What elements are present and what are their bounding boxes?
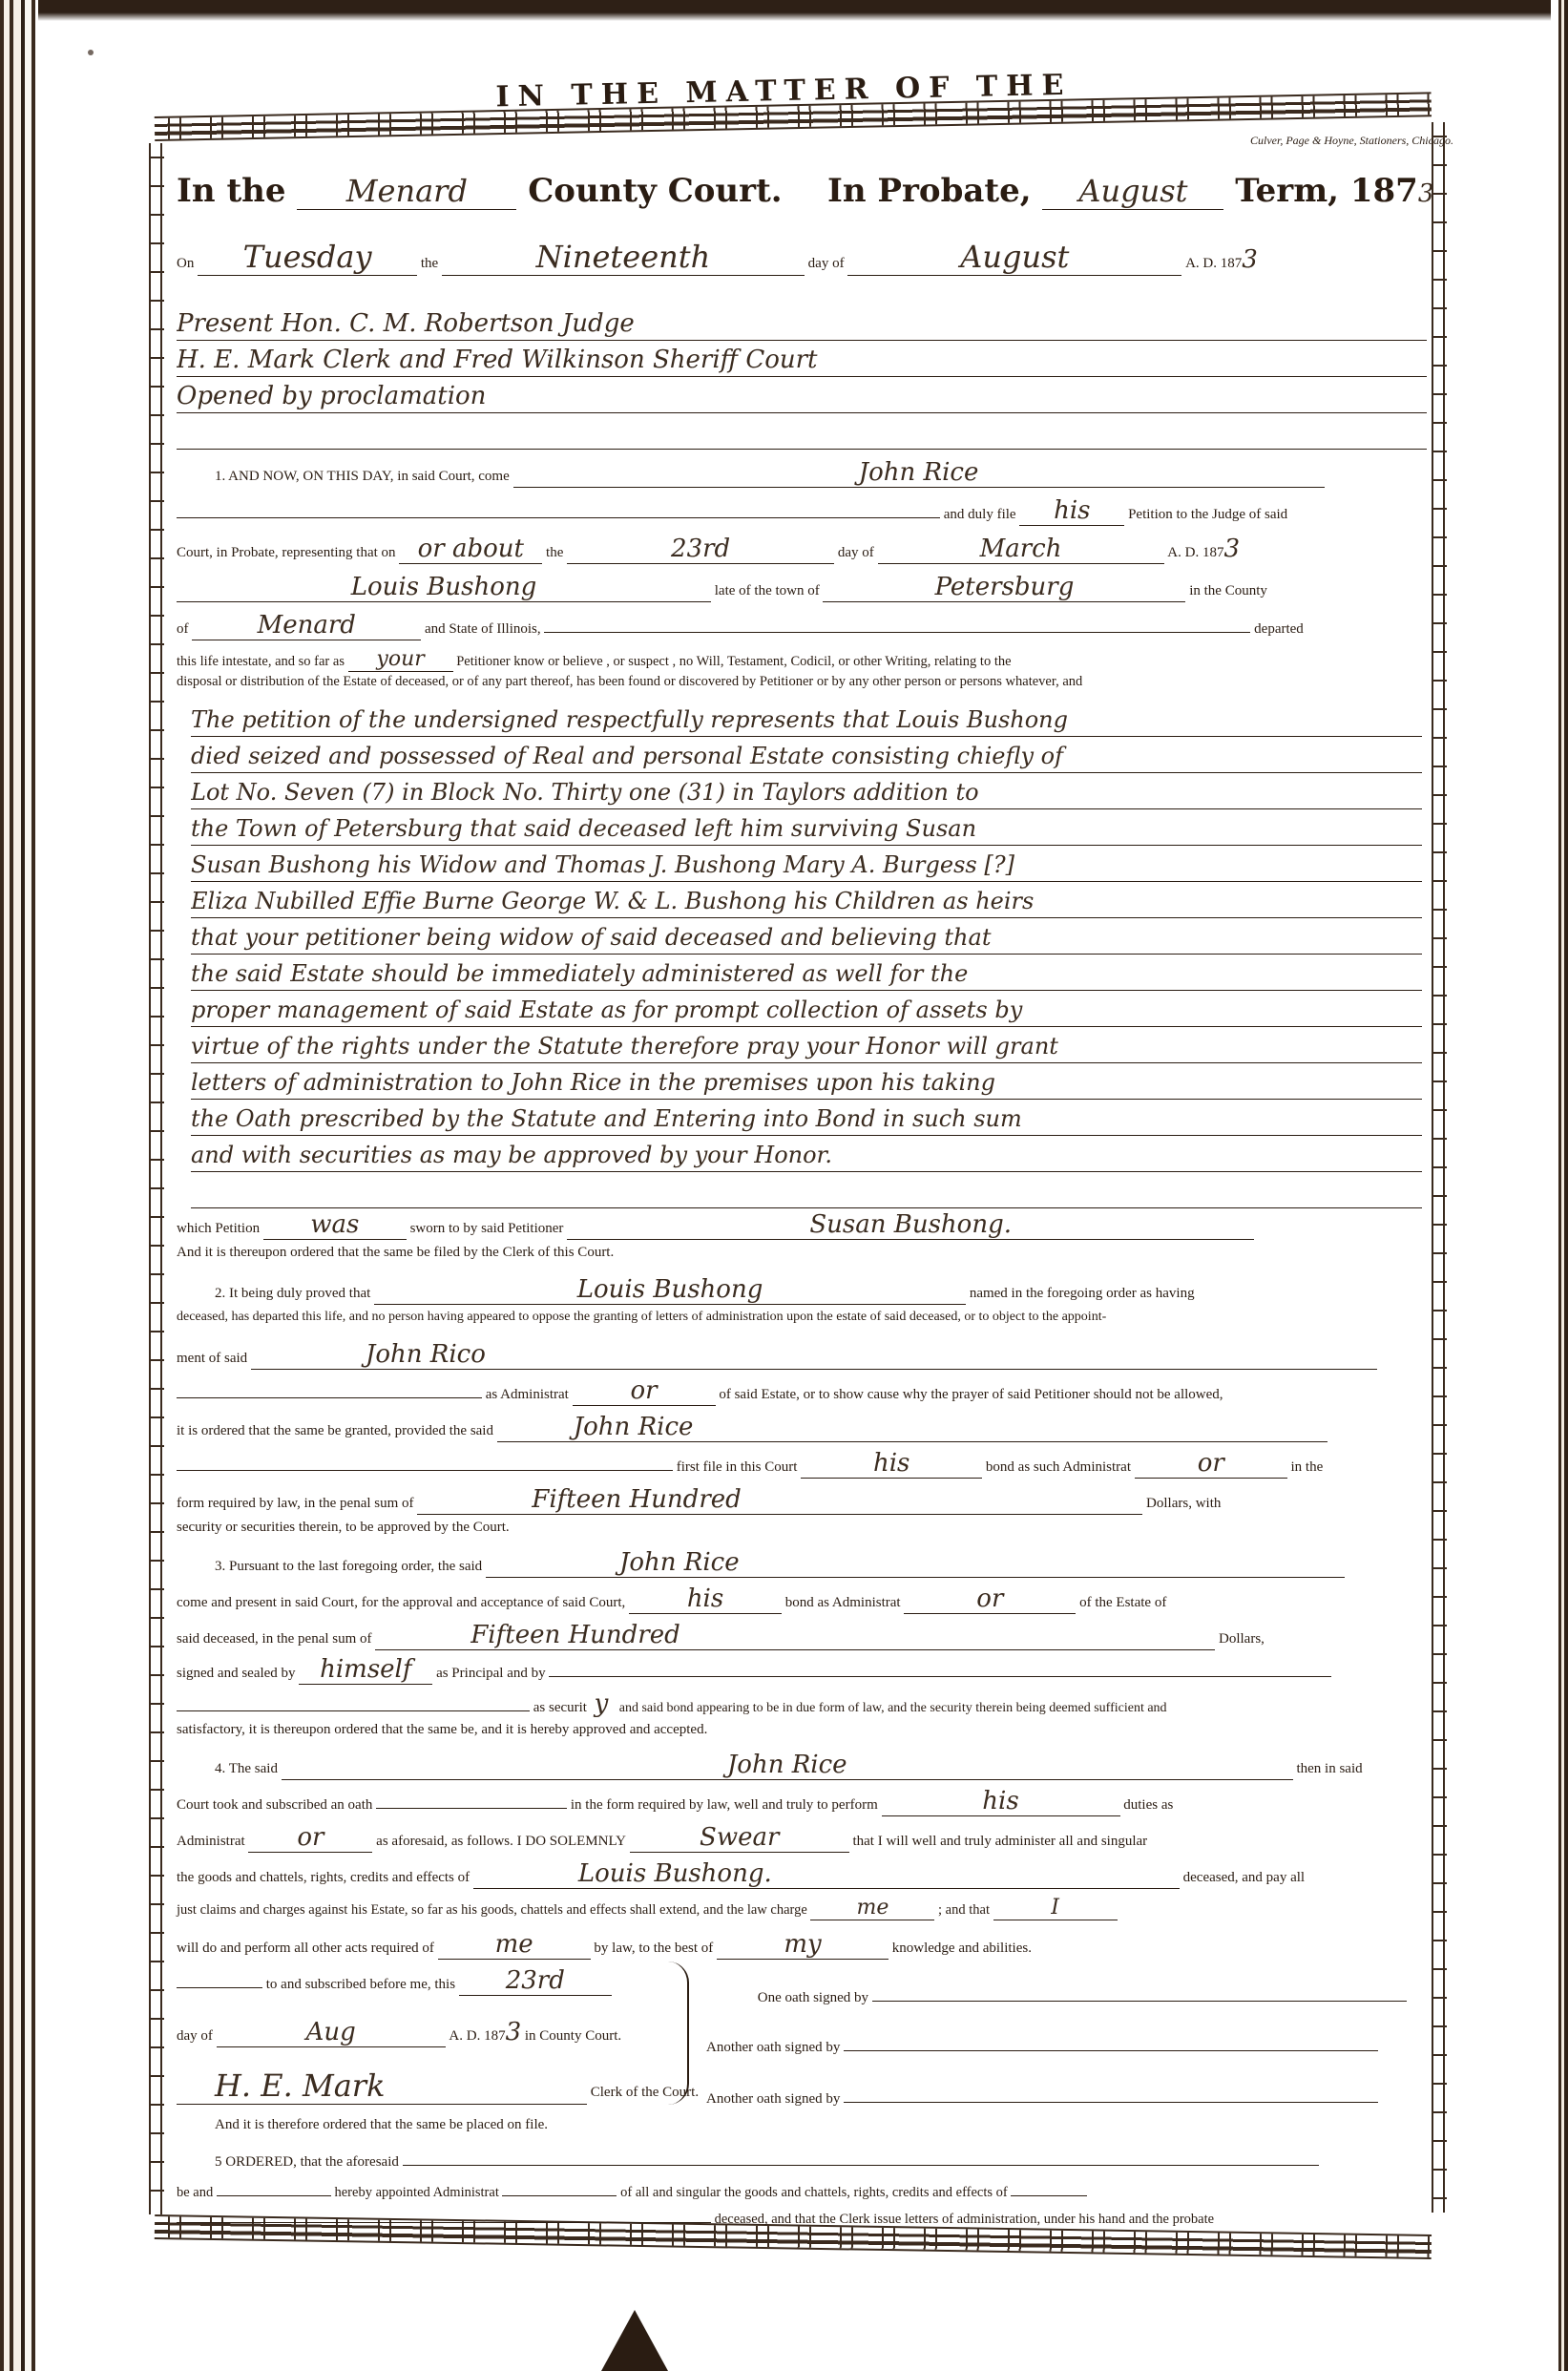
session-month: August	[847, 239, 1181, 276]
petition-line-4: the Town of Petersburg that said decease…	[191, 810, 1422, 846]
as-security-label: as securit	[533, 1700, 587, 1716]
blank	[376, 1791, 567, 1809]
town-name: Petersburg	[823, 573, 1185, 602]
will-administer-label: that I will well and truly administer al…	[852, 1834, 1147, 1850]
blank	[502, 2178, 617, 2196]
section1-intestate-row: this life intestate, and so far as your …	[177, 647, 1427, 672]
dollars-with-label: Dollars, with	[1146, 1496, 1221, 1512]
section1-county-row: of Menard and State of Illinois, departe…	[177, 611, 1427, 640]
bond-admin-label: bond as Administrat	[785, 1595, 901, 1611]
on-label: On	[177, 256, 194, 272]
present-line-3: Opened by proclamation	[177, 378, 1427, 413]
session-year-digit: 3	[1242, 245, 1258, 274]
jurat-month: Aug	[217, 2018, 446, 2047]
death-month: March	[878, 535, 1164, 564]
section4-admin-suffix: or	[248, 1823, 372, 1853]
intestate-text: this life intestate, and so far as	[177, 654, 345, 670]
sworn-row: which Petition was sworn to by said Peti…	[177, 1210, 1427, 1240]
proved-label: 2. It being duly proved that	[215, 1286, 370, 1302]
administrat-suffix: or	[573, 1376, 716, 1406]
signer: himself	[299, 1655, 432, 1685]
sworn-value: was	[263, 1210, 407, 1240]
section4-perform-row: will do and perform all other acts requi…	[177, 1930, 1427, 1960]
section1-file-row: and duly file his Petition to the Judge …	[177, 496, 1427, 526]
of-label: of	[177, 621, 189, 638]
as-administrat-label: as Administrat	[486, 1387, 569, 1403]
petition-line-8: the said Estate should be immediately ad…	[191, 955, 1422, 991]
security-suffix: y	[587, 1689, 616, 1718]
blank	[177, 500, 940, 518]
in-county-court-label: in County Court.	[525, 2028, 621, 2045]
title-in-the: In the	[177, 172, 286, 210]
oath-signature-field-1[interactable]	[872, 1983, 1407, 2002]
section1-date-row: Court, in Probate, representing that on …	[177, 535, 1427, 564]
petition-line-7: that your petitioner being widow of said…	[191, 919, 1422, 955]
section2-departed-row: deceased, has departed this life, and no…	[177, 1310, 1427, 1325]
provided-name: John Rice	[497, 1413, 1328, 1442]
section2-deceased: Louis Bushong	[374, 1275, 966, 1305]
section3-name: John Rice	[486, 1548, 1345, 1578]
oath-signed-row-3: Another oath signed by	[706, 2085, 1432, 2108]
section3-come-row: come and present in said Court, for the …	[177, 1584, 1427, 1614]
deceased-clerk-label: deceased, and that the Clerk issue lette…	[715, 2212, 1214, 2228]
the-said-label: 4. The said	[215, 1761, 278, 1777]
solemnly-value: Swear	[630, 1823, 849, 1853]
session-weekday: Tuesday	[198, 239, 417, 276]
ornamental-border-right	[1432, 122, 1447, 2213]
appearing-label: and said bond appearing to be in due for…	[619, 1701, 1167, 1716]
petition-line-1: The petition of the undersigned respectf…	[191, 702, 1422, 737]
of-estate-label: of the Estate of	[1079, 1595, 1166, 1611]
administrat-label: Administrat	[177, 1834, 245, 1850]
ornamental-border-left	[149, 143, 164, 2214]
blank	[1011, 2178, 1087, 2196]
section4-said-row: 4. The said John Rice then in said	[215, 1751, 1465, 1780]
duly-file-label: and duly file	[944, 507, 1016, 523]
ment-of-said-label: ment of said	[177, 1351, 247, 1367]
petition-line-12: the Oath prescribed by the Statute and E…	[191, 1101, 1422, 1136]
section3-pursuant-row: 3. Pursuant to the last foregoing order,…	[215, 1548, 1465, 1578]
claims-label: just claims and charges against his Esta…	[177, 1902, 807, 1919]
petition-line-3: Lot No. Seven (7) in Block No. Thirty on…	[191, 774, 1422, 809]
page-top-shadow	[0, 0, 1568, 21]
petition-line-blank	[191, 1173, 1422, 1208]
deceased-name: Louis Bushong	[177, 573, 711, 602]
blank	[549, 1659, 1331, 1677]
section2-ment-row: ment of said John Rico	[177, 1340, 1427, 1370]
section2-proved-row: 2. It being duly proved that Louis Busho…	[215, 1275, 1465, 1305]
day-of-label: day of	[177, 2028, 213, 2045]
blank	[177, 1380, 482, 1398]
court-in-probate-label: Court, in Probate, representing that on	[177, 545, 396, 561]
ad-label: A. D. 187	[1167, 545, 1223, 561]
jurat-day: 23rd	[459, 1966, 612, 1996]
section5-deceased-row: deceased, and that the Clerk issue lette…	[177, 2205, 1427, 2228]
day-of-label: day of	[808, 256, 845, 272]
term-month: August	[1042, 173, 1223, 210]
then-in-said-label: then in said	[1296, 1761, 1362, 1777]
oath-signed-label-1: One oath signed by	[725, 1990, 868, 2006]
stationer-imprint: Culver, Page & Hoyne, Stationers, Chicag…	[1250, 134, 1453, 148]
section1-intro: 1. AND NOW, ON THIS DAY, in said Court, …	[215, 469, 510, 485]
section3-pronoun: his	[629, 1584, 782, 1614]
section2-pronoun: his	[801, 1449, 982, 1479]
petitioner-pronoun: his	[1019, 496, 1124, 526]
security-row: security or securities therein, to be ap…	[177, 1520, 1427, 1536]
court-title: In the Menard County Court. In Probate, …	[177, 172, 1427, 210]
section1-deceased-row: Louis Bushong late of the town of Peters…	[177, 573, 1427, 602]
section4-oath-row: Court took and subscribed an oath in the…	[177, 1787, 1427, 1816]
blank-line	[177, 414, 1427, 450]
petition-line-2: died seized and possessed of Real and pe…	[191, 738, 1422, 773]
jurat-subscribed-row: to and subscribed before me, this 23rd	[177, 1966, 673, 1996]
clerk-signature: H. E. Mark	[177, 2067, 587, 2105]
session-date-row: On Tuesday the Nineteenth day of August …	[177, 239, 1427, 276]
petition-line-5: Susan Bushong his Widow and Thomas J. Bu…	[191, 847, 1422, 882]
county-name: Menard	[297, 173, 516, 210]
page-fold-shadow	[601, 2310, 668, 2371]
section4-name: John Rice	[282, 1751, 1293, 1780]
blank	[177, 2205, 711, 2223]
so-far-as-value: your	[348, 647, 453, 672]
jurat-date-row: day of Aug A. D. 1873 in County Court.	[177, 2018, 711, 2047]
section4-pronoun: his	[882, 1787, 1120, 1816]
section3-penal-row: said deceased, in the penal sum of Fifte…	[177, 1621, 1427, 1650]
the-label: the	[421, 256, 438, 272]
oath-signature-field-2[interactable]	[844, 2033, 1378, 2051]
as-aforesaid-label: as aforesaid, as follows. I DO SOLEMNLY	[376, 1834, 626, 1850]
in-form-label: in the form required by law, well and tr…	[571, 1797, 878, 1814]
day-of-label: day of	[838, 545, 874, 561]
title-county-court: County Court.	[528, 172, 782, 210]
book-binding-left	[0, 0, 38, 2371]
court-took-label: Court took and subscribed an oath	[177, 1797, 372, 1814]
perform-label: will do and perform all other acts requi…	[177, 1941, 434, 1957]
petition-to-judge: Petition to the Judge of said	[1128, 507, 1287, 523]
oath-signed-label-2: Another oath signed by	[706, 2040, 840, 2056]
section2-admin-row: as Administrat or of said Estate, or to …	[177, 1376, 1427, 1406]
sworn-label: sworn to by said Petitioner	[410, 1221, 564, 1237]
show-cause-label: of said Estate, or to show cause why the…	[719, 1387, 1223, 1403]
title-term: Term, 187	[1235, 172, 1418, 210]
section1-intro-row: 1. AND NOW, ON THIS DAY, in said Court, …	[215, 458, 1465, 488]
bond-suffix: or	[1135, 1449, 1287, 1479]
signed-sealed-label: signed and sealed by	[177, 1666, 296, 1682]
subscribed-label: to and subscribed before me, this	[266, 1977, 455, 1993]
of-all-label: of all and singular the goods and chatte…	[620, 2185, 1008, 2201]
oath-signed-row-2: Another oath signed by	[706, 2033, 1432, 2056]
section2-penal-sum: Fifteen Hundred	[417, 1485, 1142, 1515]
jurat-year-digit: 3	[506, 2018, 522, 2046]
ordered-label: it is ordered that the same be granted, …	[177, 1423, 493, 1439]
and-that-value: I	[993, 1896, 1118, 1920]
jurat-brace	[668, 1962, 689, 2105]
ad-label: A. D. 187	[1185, 256, 1242, 272]
term-year-digit: 3	[1418, 179, 1434, 208]
duties-as-label: duties as	[1123, 1797, 1173, 1814]
ad-label: A. D. 187	[449, 2028, 505, 2045]
section2-penal-row: form required by law, in the penal sum o…	[177, 1485, 1427, 1515]
come-present-label: come and present in said Court, for the …	[177, 1595, 625, 1611]
section2-bond-row: first file in this Court his bond as suc…	[177, 1449, 1427, 1479]
and-that-label: ; and that	[938, 1902, 990, 1919]
oath-signature-field-3[interactable]	[844, 2085, 1378, 2103]
petition-line-6: Eliza Nubilled Effie Burne George W. & L…	[191, 883, 1422, 918]
blank	[403, 2148, 1319, 2166]
which-petition-label: which Petition	[177, 1221, 260, 1237]
section4-goods-row: the goods and chattels, rights, credits …	[177, 1859, 1427, 1889]
petition-line-13: and with securities as may be approved b…	[191, 1137, 1422, 1172]
best-of-value: my	[717, 1930, 889, 1960]
deceased-pay-label: deceased, and pay all	[1183, 1870, 1305, 1886]
blank	[177, 1693, 530, 1711]
oath-signed-row-1: One oath signed by	[725, 1983, 1432, 2006]
section2-administrator: John Rico	[251, 1340, 1377, 1370]
session-day: Nineteenth	[442, 239, 805, 276]
charge-value: me	[810, 1896, 934, 1920]
section1-disposal-row: disposal or distribution of the Estate o…	[177, 674, 1427, 690]
first-file-label: first file in this Court	[677, 1459, 798, 1476]
present-line-1: Present Hon. C. M. Robertson Judge	[177, 305, 1427, 341]
on-about-value: or about	[399, 535, 542, 564]
section5-ordered-row: 5 ORDERED, that the aforesaid	[215, 2148, 1427, 2171]
named-label: named in the foregoing order as having	[970, 1286, 1195, 1302]
pursuant-label: 3. Pursuant to the last foregoing order,…	[215, 1559, 482, 1575]
section3-penal-sum: Fifteen Hundred	[375, 1621, 1215, 1650]
filed-row: And it is thereupon ordered that the sam…	[177, 1245, 1427, 1261]
blank	[217, 2178, 331, 2196]
said-deceased-penal-label: said deceased, in the penal sum of	[177, 1631, 372, 1647]
title-in-probate: In Probate,	[827, 172, 1032, 210]
oath-signed-label-3: Another oath signed by	[706, 2091, 840, 2108]
know-believe-text: Petitioner know or believe , or suspect …	[456, 654, 1011, 670]
by-law-best-label: by law, to the best of	[594, 1941, 713, 1957]
the-label: the	[546, 545, 563, 561]
form-required-label: form required by law, in the penal sum o…	[177, 1496, 414, 1512]
sworn-by-name: Susan Bushong.	[567, 1210, 1254, 1240]
be-and-label: be and	[177, 2185, 213, 2201]
ink-speck	[88, 50, 94, 55]
book-binding-right	[1551, 0, 1568, 2371]
placed-on-file-row: And it is therefore ordered that the sam…	[215, 2117, 1465, 2133]
in-county-label: in the County	[1189, 583, 1267, 599]
death-year-digit: 3	[1223, 535, 1240, 563]
dollars-label: Dollars,	[1219, 1631, 1265, 1647]
blank	[177, 1970, 262, 1988]
section3-security-row: as security and said bond appearing to b…	[177, 1689, 1427, 1718]
petitioner-name: John Rice	[513, 458, 1325, 488]
section4-solemnly-row: Administrat or as aforesaid, as follows.…	[177, 1823, 1427, 1853]
jurat-clerk-row: H. E. Mark Clerk of the Court.	[177, 2067, 711, 2105]
departed-label: departed	[1254, 621, 1304, 638]
in-the-label: in the	[1291, 1459, 1324, 1476]
hereby-appointed-label: hereby appointed Administrat	[335, 2185, 499, 2201]
section3-admin-suffix: or	[904, 1584, 1076, 1614]
bond-label: bond as such Administrat	[986, 1459, 1131, 1476]
death-day: 23rd	[567, 535, 834, 564]
state-illinois-label: and State of Illinois,	[425, 621, 541, 638]
petition-line-9: proper management of said Estate as for …	[191, 992, 1422, 1027]
late-of-town-label: late of the town of	[715, 583, 820, 599]
present-line-2: H. E. Mark Clerk and Fred Wilkinson Sher…	[177, 342, 1427, 377]
knowledge-label: knowledge and abilities.	[892, 1941, 1032, 1957]
required-of-value: me	[438, 1930, 591, 1960]
ordered-aforesaid-label: 5 ORDERED, that the aforesaid	[215, 2154, 399, 2171]
section5-appointed-row: be and hereby appointed Administrat of a…	[177, 2178, 1427, 2201]
county-of-residence: Menard	[192, 611, 421, 640]
section4-deceased: Louis Bushong.	[473, 1859, 1180, 1889]
blank	[544, 615, 1250, 633]
petition-line-11: letters of administration to John Rice i…	[191, 1064, 1422, 1100]
satisfactory-row: satisfactory, it is thereupon ordered th…	[177, 1722, 1427, 1738]
petition-line-10: virtue of the rights under the Statute t…	[191, 1028, 1422, 1063]
section2-ordered-row: it is ordered that the same be granted, …	[177, 1413, 1427, 1442]
section4-claims-row: just claims and charges against his Esta…	[177, 1896, 1427, 1920]
goods-label: the goods and chattels, rights, credits …	[177, 1870, 470, 1886]
as-principal-label: as Principal and by	[436, 1666, 546, 1682]
section3-signed-row: signed and sealed by himself as Principa…	[177, 1655, 1427, 1685]
blank	[177, 1453, 673, 1471]
